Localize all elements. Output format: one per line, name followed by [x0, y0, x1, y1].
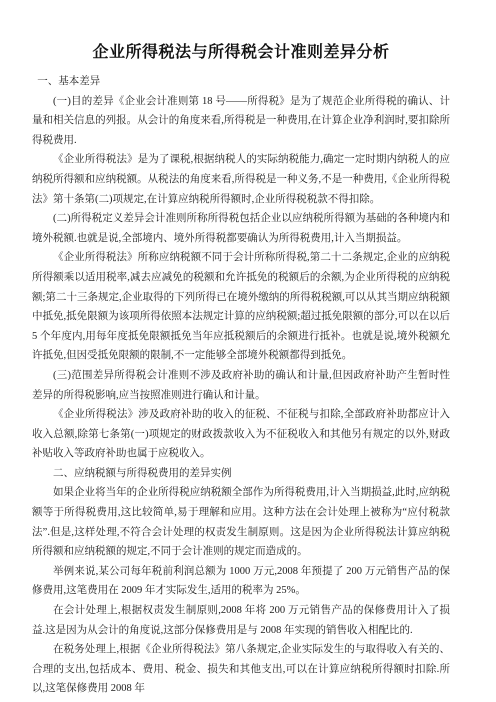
paragraph-payable-tax-amount: 《企业所得税法》所称应纳税额不同于会计所称所得税,第二十二条规定,企业的应纳税所… — [32, 248, 450, 366]
paragraph-tax-payable-method: 如果企业将当年的企业所得税应纳税额全部作为所得税费用,计入当期损益,此时,应纳税… — [32, 483, 450, 561]
paragraph-definition-difference: (二)所得税定义差异会计准则所称所得税包括企业以应纳税所得额为基础的各种境内和境… — [32, 209, 450, 248]
section-heading-difference-example: 二、应纳税额与所得税费用的差异实例 — [32, 464, 450, 484]
paragraph-tax-law-purpose: 《企业所得税法》是为了课税,根据纳税人的实际纳税能力,确定一定时期内纳税人的应纳… — [32, 150, 450, 209]
document-title: 企业所得税法与所得税会计准则差异分析 — [32, 42, 450, 63]
document-page: 企业所得税法与所得税会计准则差异分析 一、基本差异 (一)目的差异《企业会计准则… — [0, 0, 496, 702]
paragraph-example-figures: 举例来说,某公司每年税前利润总额为 1000 万元,2008 年预提了 200 … — [32, 562, 450, 601]
paragraph-purpose-difference: (一)目的差异《企业会计准则第 18 号——所得税》是为了规范企业所得税的确认、… — [32, 92, 450, 151]
paragraph-accounting-treatment: 在会计处理上,根据权责发生制原则,2008 年将 200 万元销售产品的保修费用… — [32, 601, 450, 640]
document-body: 一、基本差异 (一)目的差异《企业会计准则第 18 号——所得税》是为了规范企业… — [32, 72, 450, 699]
section-heading-basic-differences: 一、基本差异 — [32, 72, 450, 92]
paragraph-government-subsidy: 《企业所得税法》涉及政府补助的收入的征税、不征税与扣除,全部政府补助都应计入收入… — [32, 405, 450, 464]
paragraph-scope-difference: (三)范围差异所得税会计准则不涉及政府补助的确认和计量,但因政府补助产生暂时性差… — [32, 366, 450, 405]
paragraph-tax-treatment: 在税务处理上,根据《企业所得税法》第八条规定,企业实际发生的与取得收入有关的、合… — [32, 640, 450, 699]
